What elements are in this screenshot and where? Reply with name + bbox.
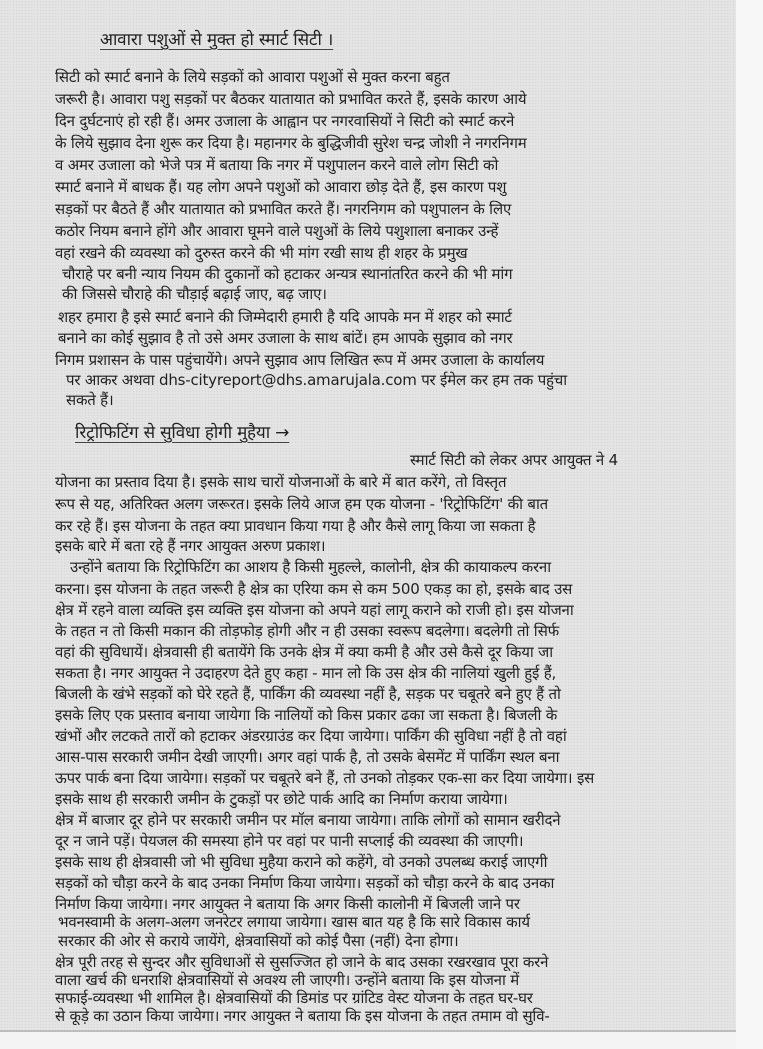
text-line: क्षेत्र में बाजार दूर होने पर सरकारी जमी…: [55, 810, 560, 830]
text-line: कर रहे हैं। इस योजना के तहत क्या प्रावधा…: [55, 516, 535, 536]
subheading-line: स्मार्ट सिटी को लेकर अपर आयुक्त ने 4: [410, 450, 618, 470]
text-line: आस-पास सरकारी जमीन देखी जाएगी। अगर वहां …: [55, 747, 559, 767]
text-line: जरूरी है। आवारा पशु सड़कों पर बैठकर याता…: [55, 89, 526, 109]
text-line: सकता है। नगर आयुक्त ने उदाहरण देते हुए क…: [55, 663, 556, 683]
text-line: योजना का प्रस्ताव दिया है। इसके साथ चारो…: [55, 472, 506, 492]
text-line: वहां रखने की व्यवस्था को दुरुस्त करने की…: [55, 243, 467, 263]
text-line: शहर हमारा है इसे स्मार्ट बनाने की जिम्मे…: [58, 307, 512, 327]
text-line: उन्होंने बताया कि रिट्रोफिटिंग का आशय है…: [70, 557, 551, 577]
text-line: रूप से यह, अतिरिक्त अलग जरूरत। इसके लिये…: [55, 494, 548, 514]
text-line: सड़कों पर बैठते हैं और यातायात को प्रभाव…: [55, 199, 511, 219]
text-line: के तहत न तो किसी मकान की तोड़फोड़ होगी औ…: [55, 621, 559, 641]
text-line: इसके साथ ही क्षेत्रवासी जो भी सुविधा मुह…: [55, 852, 547, 872]
text-line: खंभों और लटकते तारों को हटाकर अंडरग्राउं…: [55, 726, 567, 746]
text-line: सफाई-व्यवस्था भी शामिल है। क्षेत्रवासियो…: [55, 988, 533, 1008]
text-line: दूर न जाने पड़ें। पेयजल की समस्या होने प…: [55, 831, 523, 851]
heading-retrofitting: रिट्रोफिटिंग से सुविधा होगी मुहैया →: [75, 423, 289, 443]
text-line: करना। इस योजना के तहत जरूरी है क्षेत्र क…: [55, 579, 572, 599]
text-line: दिन दुर्घटनाएं हो रही हैं। अमर उजाला के …: [55, 111, 514, 131]
text-line: इसके साथ ही सरकारी जमीन के टुकड़ों पर छो…: [55, 789, 508, 809]
text-line: सकते हैं।: [66, 390, 113, 410]
text-line: इसके बारे में बता रहे हैं नगर आयुक्त अरु…: [55, 536, 325, 556]
text-line: सिटी को स्मार्ट बनाने के लिये सड़कों को …: [55, 67, 450, 87]
text-line: सरकार की ओर से कराये जायेंगे, क्षेत्रवास…: [58, 931, 459, 951]
text-line: वहां की सुविधायें। क्षेत्रवासी ही बतायें…: [55, 642, 553, 662]
text-line: व अमर उजाला को भेजे पत्र में बताया कि नग…: [55, 155, 498, 175]
text-line: की जिससे चौराहे की चौड़ाई बढ़ाई जाए, बढ़…: [62, 284, 327, 304]
text-line: कठोर नियम बनाने होंगे और आवारा घूमने वाल…: [55, 221, 498, 241]
text-line: बिजली के खंभे सड़कों को घेरे रहते हैं, प…: [55, 684, 561, 704]
text-line: पर आकर अथवा dhs-cityreport@dhs.amarujala…: [66, 370, 567, 390]
paper-edge: [0, 1030, 736, 1032]
heading-stray-animals: आवारा पशुओं से मुक्त हो स्मार्ट सिटी ।: [100, 30, 333, 50]
text-line: क्षेत्र पूरी तरह से सुन्दर और सुविधाओं स…: [55, 952, 548, 972]
text-line: इसके लिए एक प्रस्ताव बनाया जायेगा कि नाल…: [55, 705, 557, 725]
heading-retrofitting-text: रिट्रोफिटिंग से सुविधा होगी मुहैया: [75, 423, 270, 443]
text-line: के लिये सुझाव देना शुरू कर दिया है। महान…: [55, 133, 527, 153]
text-line: बनाने का कोई सुझाव है तो उसे अमर उजाला क…: [58, 328, 512, 348]
text-line: से कूड़े का उठान किया जायेगा। नगर आयुक्त…: [55, 1006, 550, 1026]
text-line: क्षेत्र में रहने वाला व्यक्ति इस व्यक्ति…: [55, 600, 574, 620]
text-line: ऊपर पार्क बना दिया जायेगा। सड़कों पर चबू…: [55, 768, 594, 788]
scan-margin: [736, 0, 763, 1049]
text-line: चौराहे पर बनी न्याय नियम की दुकानों को ह…: [62, 264, 512, 284]
arrow-icon: →: [275, 423, 289, 443]
text-line: वाला खर्च की धनराशि क्षेत्रवासियों से अव…: [55, 970, 519, 990]
text-line: सड़कों को चौड़ा करने के बाद उनका निर्माण…: [55, 873, 554, 893]
text-line: भवनस्वामी के अलग-अलग जनरेटर लगाया जायेगा…: [58, 912, 530, 932]
text-line: स्मार्ट बनाने में बाधक हैं। यह लोग अपने …: [55, 177, 506, 197]
text-line: निर्माण किया जायेगा। नगर आयुक्त ने बताया…: [55, 894, 520, 914]
scanned-paper: आवारा पशुओं से मुक्त हो स्मार्ट सिटी । स…: [0, 0, 736, 1030]
text-line: निगम प्रशासन के पास पहुंचायेंगे। अपने सु…: [55, 350, 544, 370]
